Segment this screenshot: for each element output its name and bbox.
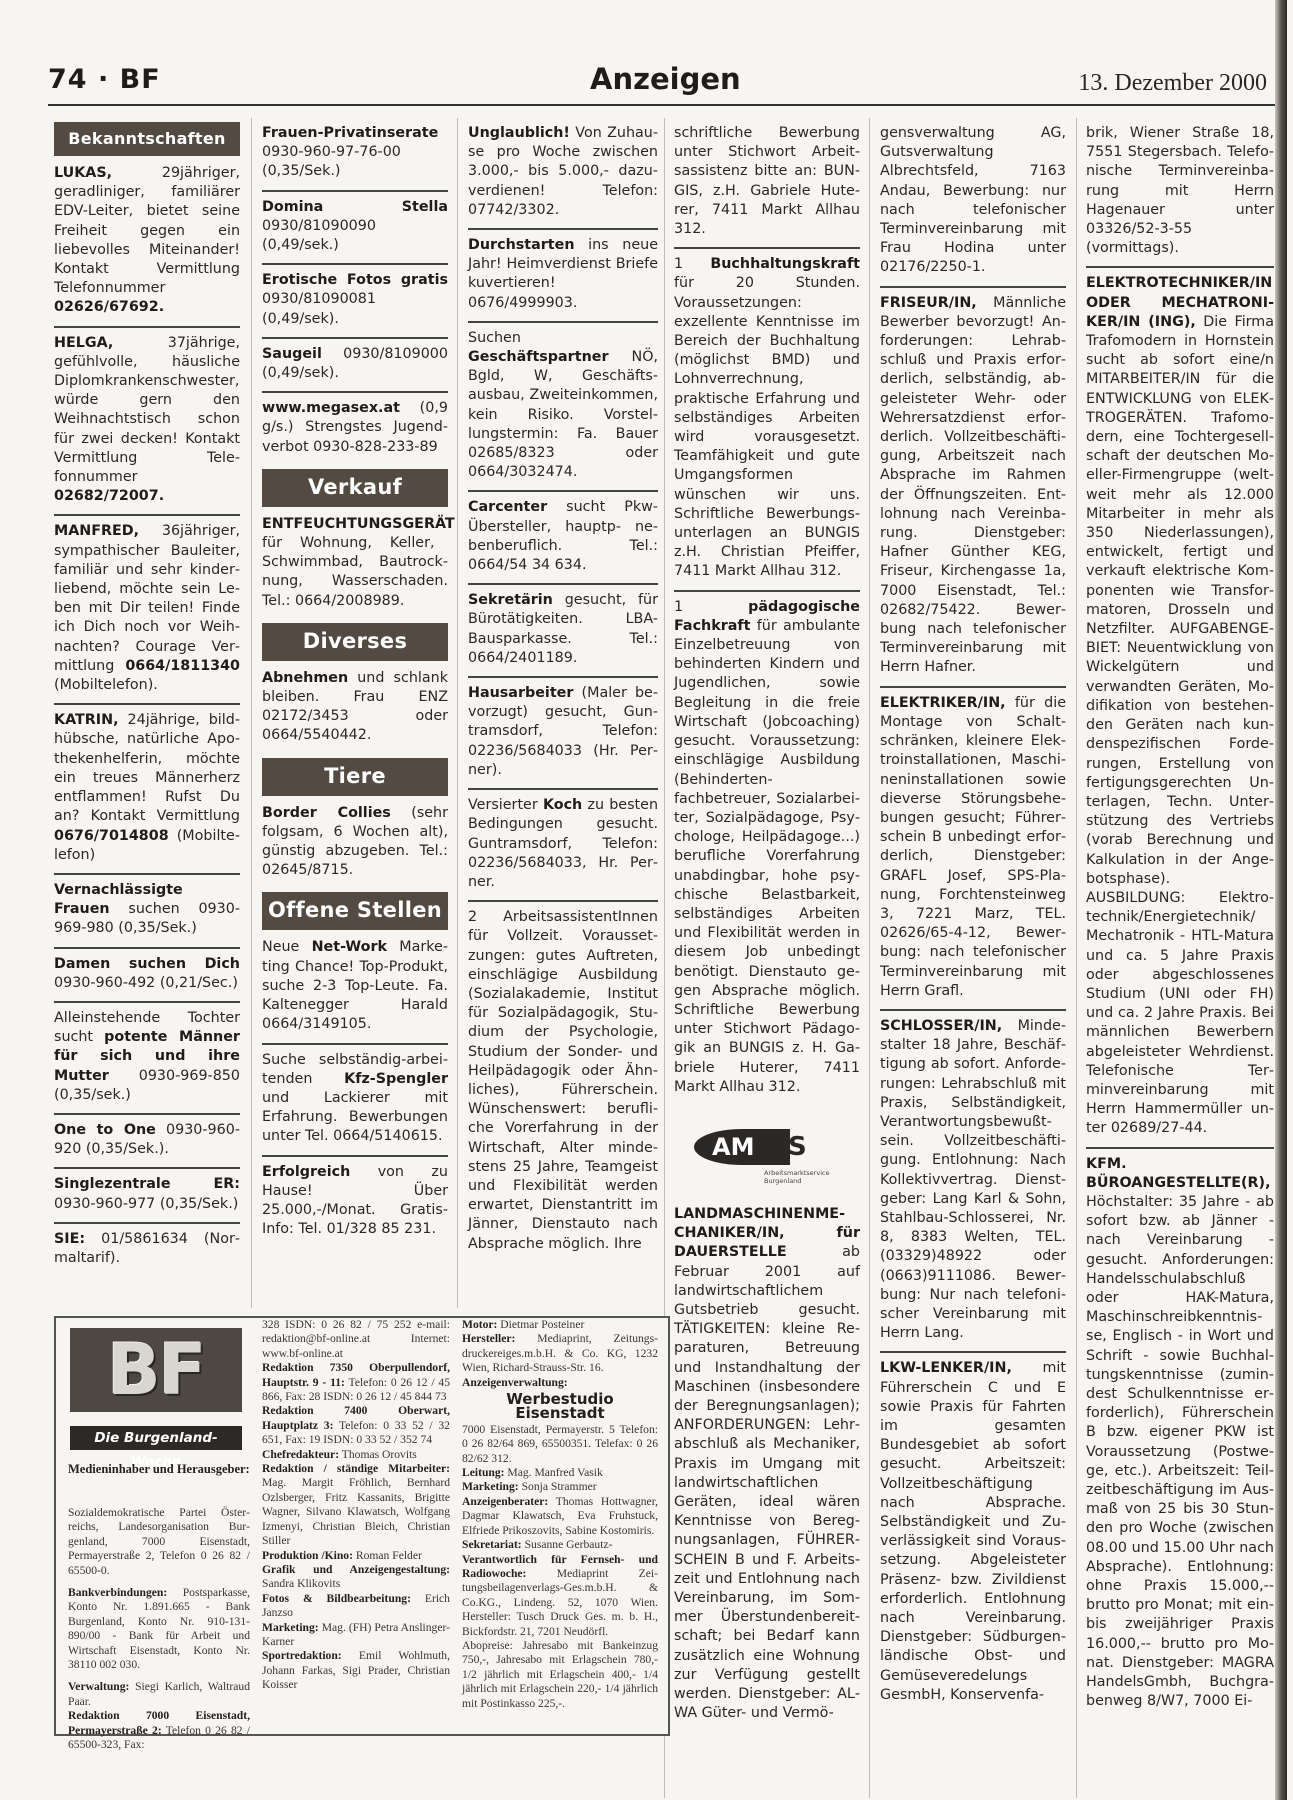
classified-ad: Neue Net-Work Marke­ting Chance! Top-Pro… — [262, 932, 448, 1044]
classified-ad: Erotische Fotos gratis 0930/81090081 (0,… — [262, 265, 448, 339]
classified-ad: Domina Stella 0930/81090090 (0,49/sek.) — [262, 192, 448, 266]
classified-ad: Abnehmen und schlank bleiben. Frau ENZ 0… — [262, 663, 448, 754]
page-number-label: 74 · BF — [48, 64, 161, 95]
classified-ad: One to One 0930-960-920 (0,35/Sek.). — [54, 1115, 240, 1169]
column-jobs-3: gensverwaltung AG, Guts­verwaltung Albre… — [880, 118, 1066, 1713]
classified-ad: schriftliche Bewerbung unter Stichwort A… — [674, 118, 860, 249]
classified-ad: KATRIN, 24jährige, bild­hübsche, natürli… — [54, 705, 240, 875]
classified-ad: Versierter Koch zu besten Bedingungen ge… — [468, 790, 658, 902]
ad-agency-name: Werbestudio Eisenstadt — [462, 1392, 658, 1421]
column-divider — [251, 118, 252, 1308]
imprint-column-1: Sozialdemokratische Partei Öster­reichs,… — [68, 1506, 250, 1753]
section-header-diverses: Diverses — [262, 623, 448, 661]
classified-ad: www.megasex.at (0,9 g/s.) Strengstes Jug… — [262, 393, 448, 465]
section-header-offene-stellen: Offene Stellen — [262, 892, 448, 930]
classified-ad: LUKAS, 29jähriger, gerad­liniger, famili… — [54, 158, 240, 328]
section-header-verkauf: Verkauf — [262, 469, 448, 507]
classified-ad: LANDMASCHINENME­CHANIKER/IN, für DAUER­S… — [674, 1199, 860, 1731]
column-divider — [457, 118, 458, 1308]
classified-ad: gensverwaltung AG, Guts­verwaltung Albre… — [880, 118, 1066, 288]
classified-ad: Unglaublich! Von Zuhau­se pro Woche zwis… — [468, 118, 658, 230]
classified-ad: Damen suchen Dich 0930-960-492 (0,21/Sec… — [54, 949, 240, 1003]
classified-ad: Sekretärin gesucht, für Bürotätigkeiten.… — [468, 585, 658, 678]
page-binding-edge — [1275, 0, 1287, 1800]
ams-logo-subtitle: Arbeitsmarktservice Burgenland — [764, 1169, 860, 1185]
column-jobs-2: schriftliche Bewerbung unter Stichwort A… — [674, 118, 860, 1731]
column-misc: Frauen-Privatinserate 0930-960-97-76-00 … — [262, 118, 448, 1247]
classified-ad: FRISEUR/IN, Männliche Bewerber bevorzugt… — [880, 288, 1066, 688]
classified-ad: Hausarbeiter (Maler be­vorzugt) gesucht,… — [468, 678, 658, 790]
classified-ad: LKW-LENKER/IN, mit Füh­rerschein C und E… — [880, 1353, 1066, 1713]
bf-logo: BF — [70, 1328, 242, 1412]
classified-ad: MANFRED, 36jähriger, sympathischer Baule… — [54, 516, 240, 705]
classified-ad: 2 ArbeitsassistentInnen für Vollzeit. Vo… — [468, 902, 658, 1262]
classified-ad: Alleinstehende Tochter sucht potente Män… — [54, 1003, 240, 1115]
classified-ad: Saugeil 0930/8109000 (0,49/sek). — [262, 339, 448, 393]
classified-ad: HELGA, 37jährige, gefühl­volle, häuslich… — [54, 328, 240, 517]
imprint-owner-label: Medieninhaber und Herausgeber: — [68, 1462, 250, 1477]
ams-logo-mark: AM — [694, 1129, 790, 1165]
classified-ad: 1 pädagogische Fachkraft für ambulante E… — [674, 592, 860, 1105]
classified-ad: Singlezentrale ER: 0930-960-977 (0,35/Se… — [54, 1169, 240, 1223]
classified-ad: ELEKTRIKER/IN, für die Montage von Schal… — [880, 688, 1066, 1011]
section-header-bekanntschaften: Bekanntschaften — [54, 122, 240, 156]
classified-ad: Frauen-Privatinserate 0930-960-97-76-00 … — [262, 118, 448, 192]
column-divider — [869, 118, 870, 1798]
section-header-tiere: Tiere — [262, 758, 448, 796]
page-section-title: Anzeigen — [590, 62, 741, 96]
imprint-column-2: 328 ISDN: 0 26 82 / 75 252 e-mail: redak… — [262, 1318, 450, 1693]
classified-ad: Carcenter sucht Pkw-Übersteller, hauptp-… — [468, 492, 658, 585]
header-rule — [48, 104, 1275, 106]
column-jobs-1: Unglaublich! Von Zuhau­se pro Woche zwis… — [468, 118, 658, 1262]
classified-ad: Border Collies (sehr folg­sam, 6 Wochen … — [262, 798, 448, 889]
column-bekanntschaften: Bekanntschaften LUKAS, 29jähriger, gerad… — [54, 118, 240, 1276]
classified-ad: SCHLOSSER/IN, Minde­stalter 18 Jahre, Be… — [880, 1011, 1066, 1353]
column-jobs-4: brik, Wiener Straße 18, 7551 Stegersbach… — [1086, 118, 1274, 1719]
classified-ad: 1 Buchhaltungskraft für 20 Stunden. Vora… — [674, 249, 860, 591]
classified-ad: ELEKTROTECHNIKER/IN ODER MECHATRONI­KER/… — [1086, 268, 1274, 1148]
classified-ad: Durchstarten ins neue Jahr! Heimverdiens… — [468, 230, 658, 323]
ams-logo: AM S Arbeitsmarktservice Burgenland — [682, 1121, 860, 1189]
classified-ad: Suche selbständig-arbei­tenden Kfz-Speng… — [262, 1045, 448, 1157]
classified-ad: ENTFEUCHTUNGSGERÄT für Wohnung, Keller, … — [262, 509, 448, 619]
classified-ad: SIE: 01/5861634 (Nor­maltarif). — [54, 1224, 240, 1276]
column-divider — [1076, 118, 1077, 1798]
classified-ad: brik, Wiener Straße 18, 7551 Stegersbach… — [1086, 118, 1274, 268]
classified-ad: Vernachlässigte Frauen suchen 0930-969-9… — [54, 875, 240, 949]
imprint-column-3: Motor: Dietmar Posteiner Hersteller: Med… — [462, 1318, 658, 1711]
classified-ad: Erfolgreich von zu Hause! Über 25.000,-/… — [262, 1157, 448, 1248]
bf-tagline: Die Burgenland-Woche — [70, 1426, 242, 1450]
classified-ad: Suchen Geschäftspartner NÖ, Bgld, W, Ges… — [468, 323, 658, 493]
classified-ad: KFM. BÜROANGESTELL­TE(R), Höchstalter: 3… — [1086, 1149, 1274, 1720]
issue-date: 13. Dezember 2000 — [1078, 70, 1267, 97]
